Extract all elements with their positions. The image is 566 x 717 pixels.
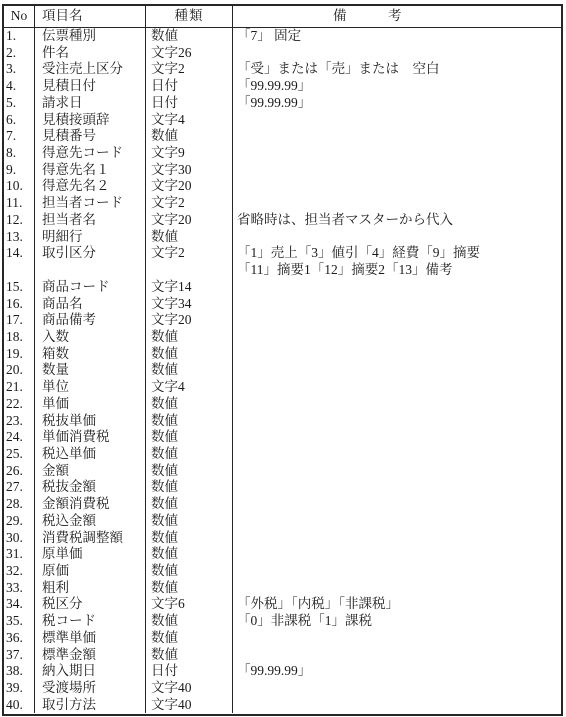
row-no: 29. — [4, 513, 35, 530]
row-type: 数値 — [146, 647, 233, 664]
row-item-name: 見積番号 — [35, 128, 146, 145]
row-item-name: 取引区分 — [35, 245, 146, 262]
row-no: 25. — [4, 446, 35, 463]
header-no: No — [4, 6, 35, 27]
row-remarks — [233, 429, 561, 446]
row-type: 文字14 — [146, 279, 233, 296]
row-item-name: 得意先名２ — [35, 178, 146, 195]
row-no: 17. — [4, 312, 35, 329]
row-item-name: 税抜金額 — [35, 479, 146, 496]
row-type: 文字26 — [146, 45, 233, 62]
row-remarks: 「0」非課税「1」課税 — [233, 613, 561, 630]
row-type: 文字20 — [146, 312, 233, 329]
row-type: 文字30 — [146, 162, 233, 179]
row-item-name: 得意先コード — [35, 145, 146, 162]
row-type: 数値 — [146, 580, 233, 597]
row-type: 文字40 — [146, 680, 233, 697]
row-item-name — [35, 262, 146, 279]
row-item-name: 箱数 — [35, 346, 146, 363]
row-item-name: 税込金額 — [35, 513, 146, 530]
row-no: 20. — [4, 362, 35, 379]
row-type: 文字4 — [146, 379, 233, 396]
row-remarks — [233, 362, 561, 379]
row-item-name: 金額 — [35, 463, 146, 480]
row-remarks — [233, 647, 561, 664]
row-no: 15. — [4, 279, 35, 296]
row-item-name: 税区分 — [35, 596, 146, 613]
row-type: 数値 — [146, 396, 233, 413]
row-remarks: 「外税」「内税」「非課税」 — [233, 596, 561, 613]
header-remarks: 備 考 — [233, 6, 561, 27]
row-item-name: 納入期日 — [35, 663, 146, 680]
row-remarks — [233, 463, 561, 480]
row-item-name: 件名 — [35, 45, 146, 62]
row-type: 数値 — [146, 446, 233, 463]
row-item-name: 明細行 — [35, 229, 146, 246]
row-remarks — [233, 329, 561, 346]
row-remarks — [233, 45, 561, 62]
row-no: 4. — [4, 78, 35, 95]
row-item-name: 伝票種別 — [35, 28, 146, 45]
row-item-name: 単価 — [35, 396, 146, 413]
row-type: 数値 — [146, 563, 233, 580]
row-type: 文字40 — [146, 697, 233, 714]
row-remarks — [233, 496, 561, 513]
row-no: 21. — [4, 379, 35, 396]
row-no: 24. — [4, 429, 35, 446]
row-remarks — [233, 279, 561, 296]
row-item-name: 標準金額 — [35, 647, 146, 664]
row-type: 文字2 — [146, 61, 233, 78]
row-item-name: 標準単価 — [35, 630, 146, 647]
row-no: 14. — [4, 245, 35, 262]
row-item-name: 見積日付 — [35, 78, 146, 95]
row-item-name: 担当者コード — [35, 195, 146, 212]
row-item-name: 金額消費税 — [35, 496, 146, 513]
row-remarks — [233, 162, 561, 179]
row-no: 1. — [4, 28, 35, 45]
row-remarks — [233, 346, 561, 363]
row-no: 3. — [4, 61, 35, 78]
row-no: 26. — [4, 463, 35, 480]
row-remarks: 「7」 固定 — [233, 28, 561, 45]
row-no: 31. — [4, 546, 35, 563]
row-item-name: 受渡場所 — [35, 680, 146, 697]
row-item-name: 単価消費税 — [35, 429, 146, 446]
row-item-name: 入数 — [35, 329, 146, 346]
row-type: 数値 — [146, 613, 233, 630]
row-type: 日付 — [146, 95, 233, 112]
row-no: 39. — [4, 680, 35, 697]
row-item-name: 税抜単価 — [35, 413, 146, 430]
row-type: 数値 — [146, 630, 233, 647]
row-no: 40. — [4, 697, 35, 714]
row-remarks — [233, 379, 561, 396]
row-remarks — [233, 630, 561, 647]
row-item-name: 商品名 — [35, 296, 146, 313]
row-no: 34. — [4, 596, 35, 613]
row-type: 日付 — [146, 663, 233, 680]
row-item-name: 受注売上区分 — [35, 61, 146, 78]
row-remarks — [233, 546, 561, 563]
row-no: 10. — [4, 178, 35, 195]
row-no: 35. — [4, 613, 35, 630]
row-type — [146, 262, 233, 279]
row-remarks — [233, 128, 561, 145]
row-type: 数値 — [146, 429, 233, 446]
row-no: 13. — [4, 229, 35, 246]
row-no: 6. — [4, 112, 35, 129]
row-remarks — [233, 697, 561, 714]
row-no: 32. — [4, 563, 35, 580]
row-no: 22. — [4, 396, 35, 413]
row-type: 数値 — [146, 28, 233, 45]
row-type: 数値 — [146, 413, 233, 430]
row-no: 5. — [4, 95, 35, 112]
row-type: 数値 — [146, 479, 233, 496]
row-no: 33. — [4, 580, 35, 597]
row-no: 36. — [4, 630, 35, 647]
row-type: 文字2 — [146, 245, 233, 262]
row-type: 数値 — [146, 530, 233, 547]
row-type: 数値 — [146, 229, 233, 246]
row-no: 12. — [4, 212, 35, 229]
row-no: 37. — [4, 647, 35, 664]
row-no: 38. — [4, 663, 35, 680]
row-remarks — [233, 195, 561, 212]
row-remarks: 「99.99.99」 — [233, 78, 561, 95]
row-item-name: 税コード — [35, 613, 146, 630]
row-no — [4, 262, 35, 279]
row-type: 文字34 — [146, 296, 233, 313]
row-type: 数値 — [146, 463, 233, 480]
row-remarks — [233, 178, 561, 195]
row-remarks — [233, 530, 561, 547]
table-header: No 項目名 種類 備 考 — [4, 6, 561, 28]
row-remarks — [233, 563, 561, 580]
row-type: 数値 — [146, 496, 233, 513]
row-item-name: 消費税調整額 — [35, 530, 146, 547]
field-spec-table: No 項目名 種類 備 考 1. 伝票種別 数値 「7」 固定 2. 件名 文字… — [2, 4, 563, 716]
row-type: 数値 — [146, 546, 233, 563]
row-remarks: 省略時は、担当者マスターから代入 — [233, 212, 561, 229]
row-no: 9. — [4, 162, 35, 179]
row-type: 数値 — [146, 513, 233, 530]
row-item-name: 数量 — [35, 362, 146, 379]
row-type: 数値 — [146, 362, 233, 379]
row-item-name: 商品コード — [35, 279, 146, 296]
row-no: 11. — [4, 195, 35, 212]
row-remarks: 「99.99.99」 — [233, 663, 561, 680]
row-item-name: 請求日 — [35, 95, 146, 112]
row-item-name: 得意先名１ — [35, 162, 146, 179]
row-remarks — [233, 479, 561, 496]
row-remarks — [233, 580, 561, 597]
row-no: 23. — [4, 413, 35, 430]
row-type: 数値 — [146, 128, 233, 145]
row-type: 文字20 — [146, 212, 233, 229]
row-no: 18. — [4, 329, 35, 346]
row-remarks — [233, 413, 561, 430]
row-no: 2. — [4, 45, 35, 62]
row-item-name: 税込単価 — [35, 446, 146, 463]
row-no: 8. — [4, 145, 35, 162]
row-remarks: 「1」売上「3」値引「4」経費「9」摘要 — [233, 245, 561, 262]
row-no: 16. — [4, 296, 35, 313]
table-body: 1. 伝票種別 数値 「7」 固定 2. 件名 文字26 3. 受注売上区分 文… — [4, 28, 561, 713]
header-type: 種類 — [146, 6, 233, 27]
row-remarks — [233, 513, 561, 530]
row-item-name: 粗利 — [35, 580, 146, 597]
row-no: 7. — [4, 128, 35, 145]
row-item-name: 商品備考 — [35, 312, 146, 329]
header-item-name: 項目名 — [35, 6, 146, 27]
row-remarks: 「99.99.99」 — [233, 95, 561, 112]
row-remarks — [233, 446, 561, 463]
row-no: 19. — [4, 346, 35, 363]
row-remarks — [233, 229, 561, 246]
row-type: 数値 — [146, 346, 233, 363]
row-type: 文字6 — [146, 596, 233, 613]
row-no: 27. — [4, 479, 35, 496]
row-item-name: 原価 — [35, 563, 146, 580]
row-item-name: 原単価 — [35, 546, 146, 563]
row-item-name: 取引方法 — [35, 697, 146, 714]
row-remarks — [233, 312, 561, 329]
row-type: 日付 — [146, 78, 233, 95]
row-item-name: 単位 — [35, 379, 146, 396]
row-item-name: 見積接頭辞 — [35, 112, 146, 129]
row-remarks — [233, 296, 561, 313]
row-type: 文字2 — [146, 195, 233, 212]
row-item-name: 担当者名 — [35, 212, 146, 229]
row-remarks — [233, 680, 561, 697]
row-no: 28. — [4, 496, 35, 513]
row-no: 30. — [4, 530, 35, 547]
row-remarks — [233, 145, 561, 162]
row-type: 文字20 — [146, 178, 233, 195]
row-remarks: 「11」摘要1「12」摘要2「13」備考 — [233, 262, 561, 279]
row-remarks: 「受」または「売」または 空白 — [233, 61, 561, 78]
row-remarks — [233, 112, 561, 129]
row-type: 文字4 — [146, 112, 233, 129]
row-type: 数値 — [146, 329, 233, 346]
row-remarks — [233, 396, 561, 413]
row-type: 文字9 — [146, 145, 233, 162]
